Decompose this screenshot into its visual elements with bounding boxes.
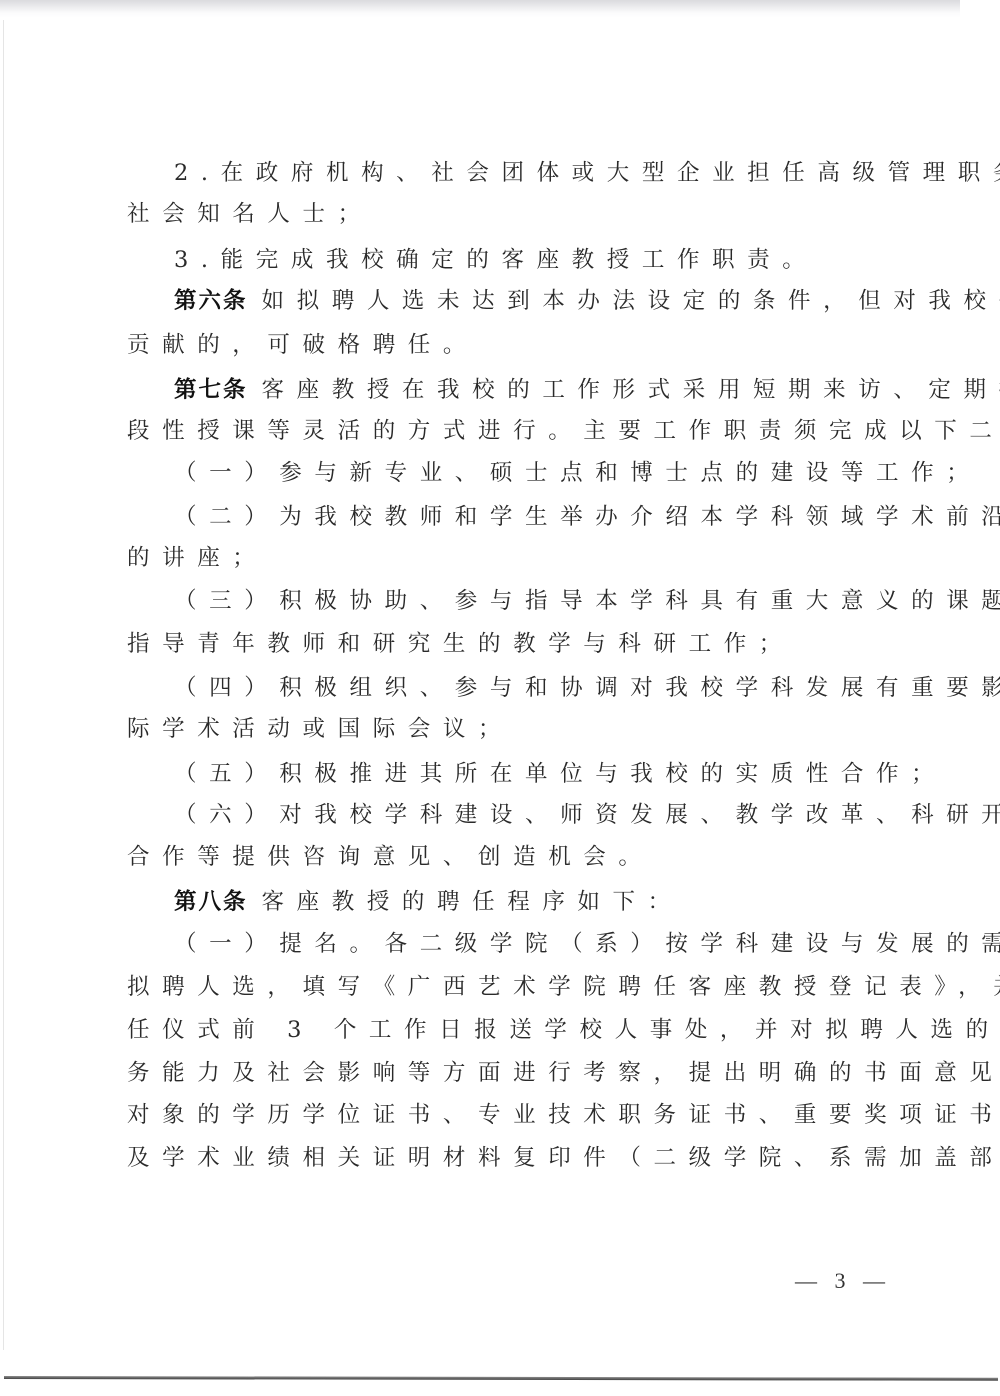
text-line: 际学术活动或国际会议； bbox=[127, 709, 513, 750]
text-line: 指导青年教师和研究生的教学与科研工作； bbox=[127, 624, 794, 665]
line-text: 如拟聘人选未达到本办法设定的条件，但对我校作出重要 bbox=[262, 288, 1000, 314]
text-line: 务能力及社会影响等方面进行考察，提出明确的书面意见。并附拟聘 bbox=[127, 1053, 1000, 1094]
line-text: （五）积极推进其所在单位与我校的实质性合作； bbox=[174, 761, 946, 787]
line-text: （二）为我校教师和学生举办介绍本学科领域学术前沿发展动态 bbox=[174, 504, 1000, 530]
line-text: 的讲座； bbox=[127, 545, 267, 571]
text-line: 合作等提供咨询意见、创造机会。 bbox=[127, 837, 654, 878]
text-line: 对象的学历学位证书、专业技术职务证书、重要奖项证书证明材料以 bbox=[127, 1095, 1000, 1136]
line-text: 指导青年教师和研究生的教学与科研工作； bbox=[127, 631, 794, 657]
line-text: （一）参与新专业、硕士点和博士点的建设等工作； bbox=[174, 460, 981, 486]
text-line: （一）参与新专业、硕士点和博士点的建设等工作； bbox=[174, 453, 981, 494]
line-text: 社会知名人士； bbox=[127, 201, 373, 227]
text-line: 段性授课等灵活的方式进行。主要工作职责须完成以下二项以上： bbox=[127, 411, 1000, 452]
page-number: — 3 — bbox=[795, 1268, 891, 1294]
text-line: 拟聘人选，填写《广西艺术学院聘任客座教授登记表》，并至少于聘 bbox=[127, 967, 1000, 1008]
article-7-line: 第七条客座教授在我校的工作形式采用短期来访、定期指导、阶 bbox=[174, 370, 1000, 411]
line-text: 对象的学历学位证书、专业技术职务证书、重要奖项证书证明材料以 bbox=[127, 1102, 1000, 1128]
line-text: 客座教授在我校的工作形式采用短期来访、定期指导、阶 bbox=[262, 377, 1000, 403]
bottom-rule bbox=[4, 1376, 998, 1381]
text-line: 的讲座； bbox=[127, 538, 267, 579]
article-label: 第七条 bbox=[174, 377, 248, 403]
text-line: 2.在政府机构、社会团体或大型企业担任高级管理职务，或其他 bbox=[174, 153, 1000, 194]
line-text: 3.能完成我校确定的客座教授工作职责。 bbox=[174, 247, 817, 273]
line-text: 贡献的，可破格聘任。 bbox=[127, 332, 478, 358]
line-text: 合作等提供咨询意见、创造机会。 bbox=[127, 844, 654, 870]
text-line: 3.能完成我校确定的客座教授工作职责。 bbox=[174, 240, 817, 281]
text-line: 社会知名人士； bbox=[127, 194, 373, 235]
line-text: 段性授课等灵活的方式进行。主要工作职责须完成以下二项以上： bbox=[127, 418, 1000, 444]
text-line: （五）积极推进其所在单位与我校的实质性合作； bbox=[174, 754, 946, 795]
text-line: （一）提名。各二级学院（系）按学科建设与发展的需要，提出 bbox=[174, 924, 1000, 965]
line-text: 任仪式前 3 个工作日报送学校人事处，并对拟聘人选的学术水平、业 bbox=[127, 1017, 1000, 1043]
text-line: （六）对我校学科建设、师资发展、教学改革、科研开发、国际 bbox=[174, 795, 1000, 836]
line-text: 客座教授的聘任程序如下： bbox=[262, 889, 683, 915]
text-line: （三）积极协助、参与指导本学科具有重大意义的课题研究工作， bbox=[174, 581, 1000, 622]
scan-top-shadow bbox=[0, 0, 960, 18]
line-text: 2.在政府机构、社会团体或大型企业担任高级管理职务，或其他 bbox=[174, 160, 1000, 186]
text-line: 及学术业绩相关证明材料复印件（二级学院、系需加盖部门公章，并 bbox=[127, 1138, 1000, 1179]
text-line: 任仪式前 3 个工作日报送学校人事处，并对拟聘人选的学术水平、业 bbox=[127, 1010, 1000, 1051]
line-text: （三）积极协助、参与指导本学科具有重大意义的课题研究工作， bbox=[174, 588, 1000, 614]
article-6-line: 第六条如拟聘人选未达到本办法设定的条件，但对我校作出重要 bbox=[174, 281, 1000, 322]
text-line: （四）积极组织、参与和协调对我校学科发展有重要影响力的国 bbox=[174, 668, 1000, 709]
article-8-line: 第八条客座教授的聘任程序如下： bbox=[174, 882, 683, 923]
line-text: 拟聘人选，填写《广西艺术学院聘任客座教授登记表》，并至少于聘 bbox=[127, 974, 1000, 1000]
line-text: 务能力及社会影响等方面进行考察，提出明确的书面意见。并附拟聘 bbox=[127, 1060, 1000, 1086]
line-text: （一）提名。各二级学院（系）按学科建设与发展的需要，提出 bbox=[174, 931, 1000, 957]
scan-left-edge bbox=[3, 20, 4, 1350]
article-label: 第六条 bbox=[174, 288, 248, 314]
text-line: （二）为我校教师和学生举办介绍本学科领域学术前沿发展动态 bbox=[174, 497, 1000, 538]
text-line: 贡献的，可破格聘任。 bbox=[127, 325, 478, 366]
line-text: （六）对我校学科建设、师资发展、教学改革、科研开发、国际 bbox=[174, 802, 1000, 828]
line-text: 及学术业绩相关证明材料复印件（二级学院、系需加盖部门公章，并 bbox=[127, 1145, 1000, 1171]
line-text: （四）积极组织、参与和协调对我校学科发展有重要影响力的国 bbox=[174, 675, 1000, 701]
article-label: 第八条 bbox=[174, 889, 248, 915]
line-text: 际学术活动或国际会议； bbox=[127, 716, 513, 742]
